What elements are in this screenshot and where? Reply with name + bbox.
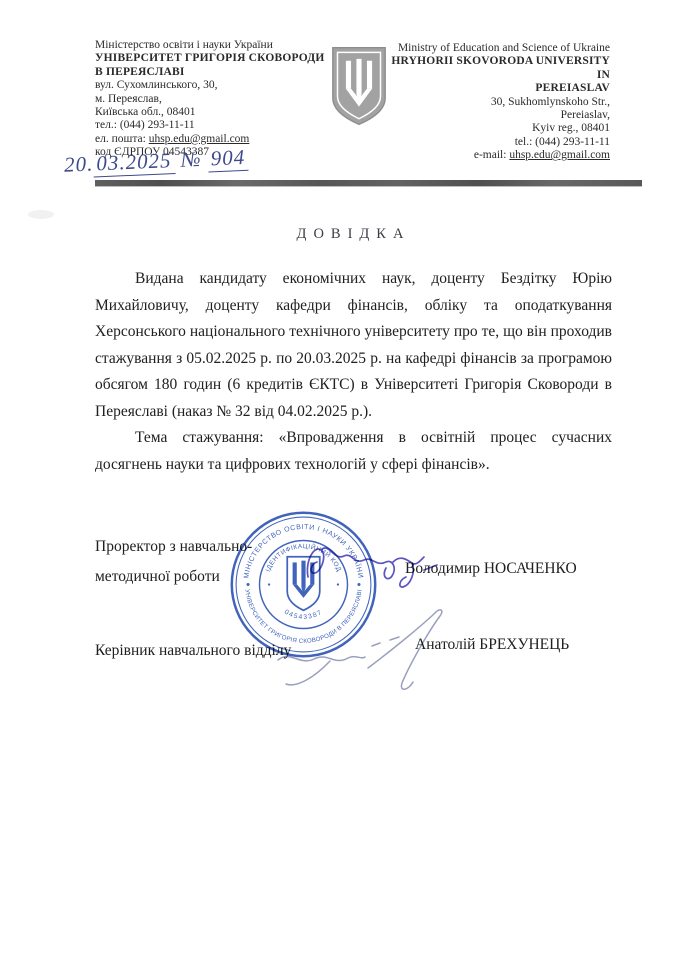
ref-number-sign: № [180, 147, 202, 172]
scan-artifact [28, 210, 54, 219]
email-uk-label: ел. пошта: [95, 133, 149, 145]
document-title: ДОВІДКА [95, 226, 612, 243]
document-page: Міністерство освіти і науки України УНІВ… [0, 0, 680, 962]
email-uk-address: uhsp.edu@gmail.com [149, 133, 250, 145]
ministry-name-en: Ministry of Education and Science of Ukr… [378, 42, 610, 55]
header-left-block: Міністерство освіти і науки України УНІВ… [95, 39, 335, 160]
university-name-en-line2: PEREIASLAV [378, 82, 610, 95]
address-uk-line3: Київська обл., 08401 [95, 106, 335, 119]
signer-1-signature-ink [300, 537, 440, 599]
ref-date-underlined: 03.2025 [93, 148, 175, 178]
university-name-en-line1: HRYHORII SKOVORODA UNIVERSITY IN [378, 55, 610, 82]
ministry-name-uk: Міністерство освіти і науки України [95, 39, 335, 52]
address-en-line2: Pereiaslav, [378, 109, 610, 122]
address-en-line3: Kyiv reg., 08401 [378, 122, 610, 135]
signer-2-signature-ink [268, 596, 468, 708]
university-name-uk-line1: УНІВЕРСИТЕТ ГРИГОРІЯ СКОВОРОДИ [95, 52, 335, 65]
phone-uk: тел.: (044) 293-11-11 [95, 119, 335, 132]
ref-number: 904 [207, 145, 249, 173]
header-divider-bar [95, 180, 642, 186]
body-paragraph-1: Видана кандидату економічних наук, доцен… [95, 266, 612, 425]
address-uk-line2: м. Переяслав, [95, 93, 335, 106]
body-paragraph-2: Тема стажування: «Впровадження в освітні… [95, 425, 612, 478]
address-en-line1: 30, Sukhomlynskoho Str., [378, 96, 610, 109]
document-body: Видана кандидату економічних наук, доцен… [95, 266, 612, 478]
email-en-label: e-mail: [474, 149, 509, 161]
header-right-block: Ministry of Education and Science of Ukr… [378, 42, 610, 163]
ref-date-prefix: 20. [64, 152, 94, 177]
email-en-address: uhsp.edu@gmail.com [509, 149, 610, 161]
email-uk-line: ел. пошта: uhsp.edu@gmail.com [95, 133, 335, 146]
phone-en: tel.: (044) 293-11-11 [378, 136, 610, 149]
university-name-uk-line2: В ПЕРЕЯСЛАВІ [95, 66, 335, 79]
address-uk-line1: вул. Сухомлинського, 30, [95, 79, 335, 92]
email-en-line: e-mail: uhsp.edu@gmail.com [378, 149, 610, 162]
